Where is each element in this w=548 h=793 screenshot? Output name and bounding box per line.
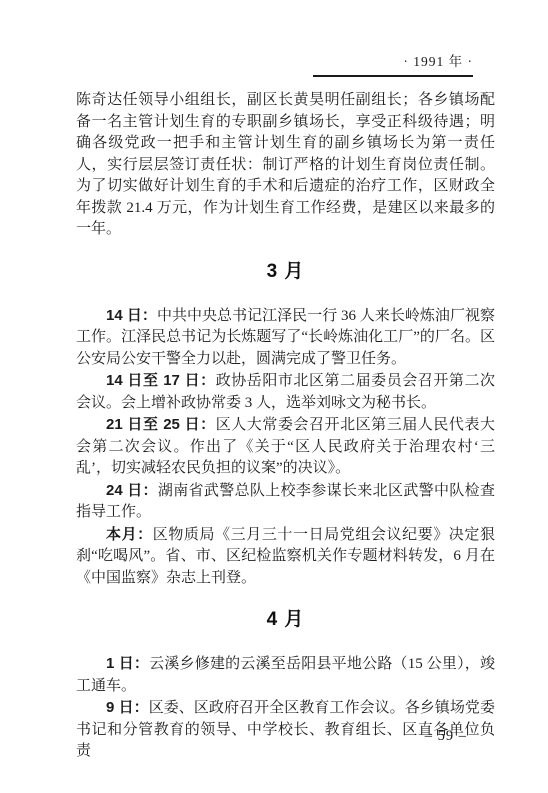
entry-date-label: 14 日： [106,307,157,324]
entry-paragraph: 14 日至 17 日：政协岳阳市北区第二届委员会召开第二次会议。会上增补政协常委… [76,370,495,414]
running-header-title: · 1991 年 · [403,54,473,69]
entry-paragraph: 24 日：湖南省武警总队上校李参谋长来北区武警中队检查指导工作。 [76,480,495,524]
entry-date-label: 24 日： [106,482,158,499]
entry-date-label: 14 日至 17 日： [106,372,216,389]
month-heading-march: 3 月 [76,259,495,285]
continuation-paragraph: 陈奇达任领导小组组长，副区长黄昊明任副组长；各乡镇场配备一名主管计划生育的专职副… [76,90,495,241]
running-header: · 1991 年 · [313,50,473,77]
entry-date-label: 1 日： [106,655,149,672]
entry-paragraph: 14 日：中共中央总书记江泽民一行 36 人来长岭炼油厂视察工作。江泽民总书记为… [76,305,495,371]
entry-date-label: 9 日： [106,699,149,716]
text-block: 陈奇达任领导小组组长，副区长黄昊明任副组长；各乡镇场配备一名主管计划生育的专职副… [76,90,495,763]
entry-paragraph: 21 日至 25 日：区人大常委会召开北区第三届人民代表大会第二次会议。作出了《… [76,414,495,480]
month-heading-april: 4 月 [76,607,495,633]
entry-paragraph: 本月：区物质局《三月三十一日局党组会议纪要》决定狠刹“吃喝风”。省、市、区纪检监… [76,524,495,590]
entry-paragraph: 1 日：云溪乡修建的云溪至岳阳县平地公路（15 公里），竣工通车。 [76,653,495,697]
entry-date-label: 21 日至 25 日： [106,416,216,433]
book-page: · 1991 年 · 陈奇达任领导小组组长，副区长黄昊明任副组长；各乡镇场配备一… [0,0,548,793]
page-number: – 59 – [425,728,467,745]
entry-date-label: 本月： [106,526,153,543]
